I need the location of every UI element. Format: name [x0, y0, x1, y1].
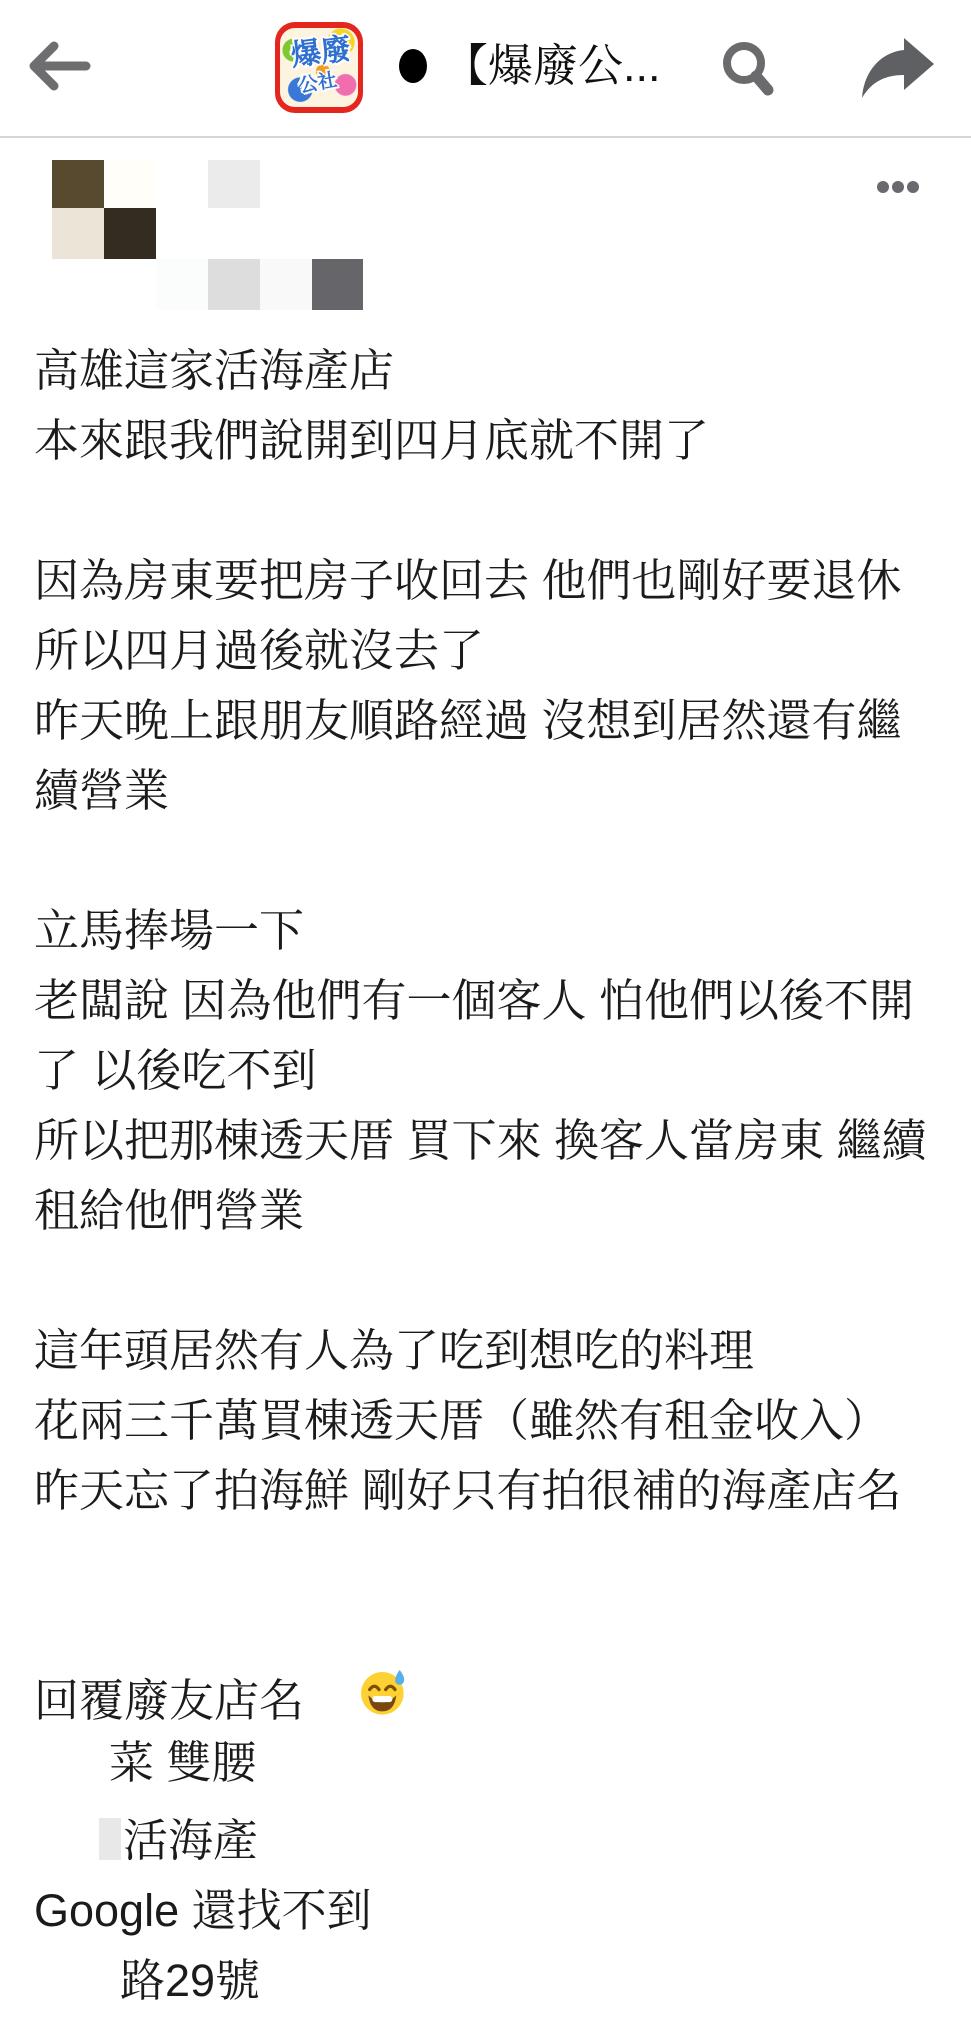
line-text: 本來跟我們說開到四月底就不開了	[34, 415, 709, 466]
post-blank-line	[34, 1246, 944, 1316]
post-text-line: 昨天忘了拍海鮮 剛好只有拍很補的海產店名	[34, 1456, 944, 1526]
browser-toolbar: 爆廢 公社 【爆廢公...	[0, 0, 971, 138]
line-text: 活海產	[123, 1815, 258, 1866]
line-text: 老闆說 因為他們有一個客人 怕他們以後不開	[34, 975, 914, 1026]
mobile-screen: 爆廢 公社 【爆廢公...	[0, 0, 971, 2022]
line-text: 昨天忘了拍海鮮 剛好只有拍很補的海產店名	[34, 1465, 902, 1516]
share-button[interactable]	[856, 34, 938, 102]
mosaic-cell	[208, 259, 260, 310]
line-text: 昨天晚上跟朋友順路經過 沒想到居然還有繼	[34, 695, 902, 746]
line-text: 回覆廢友店名	[34, 1675, 304, 1726]
post-text-line: 立馬捧場一下	[34, 896, 944, 966]
line-text: 租給他們營業	[34, 1185, 304, 1236]
menu-button[interactable]	[175, 40, 227, 96]
post-body: 高雄這家活海產店 本來跟我們說開到四月底就不開了 因為房東要把房子收回去 他們也…	[34, 336, 944, 2016]
mosaic-cell	[156, 259, 208, 310]
unread-notification-dot	[399, 49, 427, 83]
back-button[interactable]	[26, 38, 92, 94]
post-text-line: 高雄這家活海產店	[34, 336, 944, 406]
mosaic-cell	[52, 208, 104, 259]
line-text: 花兩三千萬買棟透天厝（雖然有租金收入）	[34, 1395, 889, 1446]
post-text-line: 花兩三千萬買棟透天厝（雖然有租金收入）	[34, 1386, 944, 1456]
search-button[interactable]	[716, 36, 782, 102]
line-text: 續營業	[34, 765, 169, 816]
post-text-line: Google 還找不到	[34, 1876, 944, 1946]
line-text: 這年頭居然有人為了吃到想吃的料理	[34, 1325, 754, 1376]
group-app-favicon: 爆廢 公社	[275, 22, 363, 113]
more-options-ellipsis-icon	[876, 179, 921, 194]
line-text: 路29號	[120, 1955, 260, 2006]
post-blank-line	[34, 826, 944, 896]
post-text-line: 租給他們營業	[34, 1176, 944, 1246]
post-blank-line	[34, 476, 944, 546]
line-text: 高雄這家活海產店	[34, 345, 394, 396]
share-forward-icon	[856, 90, 938, 105]
post-text-line: 續營業	[34, 756, 944, 826]
post-text-line: 了 以後吃不到	[34, 1036, 944, 1106]
mosaic-cell	[260, 259, 312, 310]
mosaic-cell	[208, 160, 260, 208]
line-text: 菜 雙腰	[109, 1737, 257, 1788]
line-text: 了 以後吃不到	[34, 1045, 317, 1096]
back-arrow-icon	[26, 82, 92, 97]
line-text: Google 還找不到	[34, 1885, 372, 1936]
page-title: 【爆廢公...	[443, 40, 661, 92]
post-more-options-button[interactable]	[868, 170, 928, 202]
mosaic-cell	[52, 160, 104, 208]
post-text-line: 菜 雙腰	[34, 1526, 944, 1596]
post-text-line-store-name: 活海產	[34, 1806, 944, 1876]
mosaic-cell	[104, 208, 156, 259]
post-text-line: 老闆說 因為他們有一個客人 怕他們以後不開	[34, 966, 944, 1036]
mosaic-cell	[104, 160, 156, 208]
search-icon	[716, 90, 782, 105]
grinning-face-with-sweat-emoji	[259, 1596, 307, 1644]
line-text: 立馬捧場一下	[34, 905, 304, 956]
redaction-box	[99, 1818, 121, 1860]
line-text: 因為房東要把房子收回去 他們也剛好要退休	[34, 555, 902, 606]
post-text-line: 回覆廢友店名	[34, 1666, 944, 1736]
post-text-line: 昨天晚上跟朋友順路經過 沒想到居然還有繼	[34, 686, 944, 756]
post-text-line: 本來跟我們說開到四月底就不開了	[34, 406, 944, 476]
post-text-line: 所以把那棟透天厝 買下來 換客人當房東 繼續	[34, 1106, 944, 1176]
post-text-line-address: 路29號	[34, 1946, 944, 2016]
line-text: 所以四月過後就沒去了	[34, 625, 484, 676]
line-text: 所以把那棟透天厝 買下來 換客人當房東 繼續	[34, 1115, 927, 1166]
post-text-line: 因為房東要把房子收回去 他們也剛好要退休	[34, 546, 944, 616]
post-text-line: 這年頭居然有人為了吃到想吃的料理	[34, 1316, 944, 1386]
mosaic-cell	[312, 259, 363, 310]
favicon-text-top: 爆廢	[289, 34, 352, 71]
post-text-line: 所以四月過後就沒去了	[34, 616, 944, 686]
